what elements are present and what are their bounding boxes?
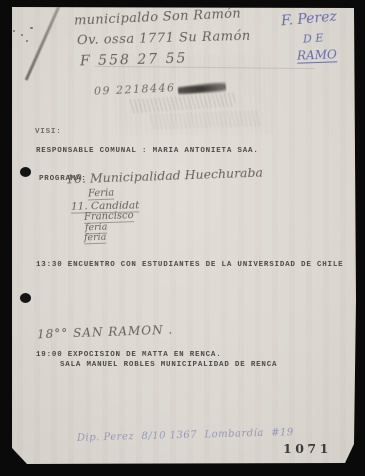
blue-note-underlined-word: RAMO bbox=[297, 47, 337, 63]
pencil-note-line1: municipaldo Son Ramón bbox=[74, 6, 242, 28]
typed-exposicion-line2: SALA MANUEL ROBLES MUNICIPALIDAD DE RENC… bbox=[60, 361, 277, 369]
hole-punch-icon bbox=[20, 293, 31, 303]
pencil-note-san-ramon: 18°° SAN RAMON . bbox=[37, 323, 174, 342]
ink-speck bbox=[30, 27, 33, 29]
program-item-feria-1: Feria bbox=[88, 188, 115, 201]
archive-stamp-number: 1071 02 bbox=[283, 441, 365, 456]
blue-note-name: F. Perez bbox=[280, 9, 337, 30]
paper-sheet: municipaldo Son Ramón Ov. ossa 1771 Su R… bbox=[0, 0, 365, 476]
hole-punch-icon bbox=[20, 167, 31, 177]
program-item-municipalidad: 10. Municipalidad Huechuraba bbox=[66, 165, 263, 187]
fold-crease-line bbox=[25, 4, 61, 80]
typed-responsable-line: RESPONSABLE COMUNAL : MARIA ANTONIETA SA… bbox=[36, 147, 259, 155]
ink-speck bbox=[26, 40, 28, 42]
scanned-document-page: municipaldo Son Ramón Ov. ossa 1771 Su R… bbox=[0, 0, 365, 476]
blue-note-de: D E bbox=[303, 31, 324, 45]
pencil-note-line2: Ov. ossa 1771 Su Ramón bbox=[77, 29, 251, 49]
typed-visit-line: VISI: bbox=[35, 128, 62, 136]
program-item-feria-3: feria bbox=[84, 232, 107, 245]
pencil-note-phone: F 558 27 55 bbox=[80, 51, 188, 70]
blue-note-bottom: Dip. Perez 8/10 1367 Lombardía #19 bbox=[77, 427, 294, 444]
ink-speck bbox=[13, 30, 15, 32]
typed-encuentro-line: 13:30 ENCUENTRO CON ESTUDIANTES DE LA UN… bbox=[36, 261, 343, 269]
typed-exposicion-line1: 19:00 EXPOCISION DE MATTA EN RENCA. bbox=[36, 351, 222, 359]
ink-speck bbox=[21, 34, 23, 36]
